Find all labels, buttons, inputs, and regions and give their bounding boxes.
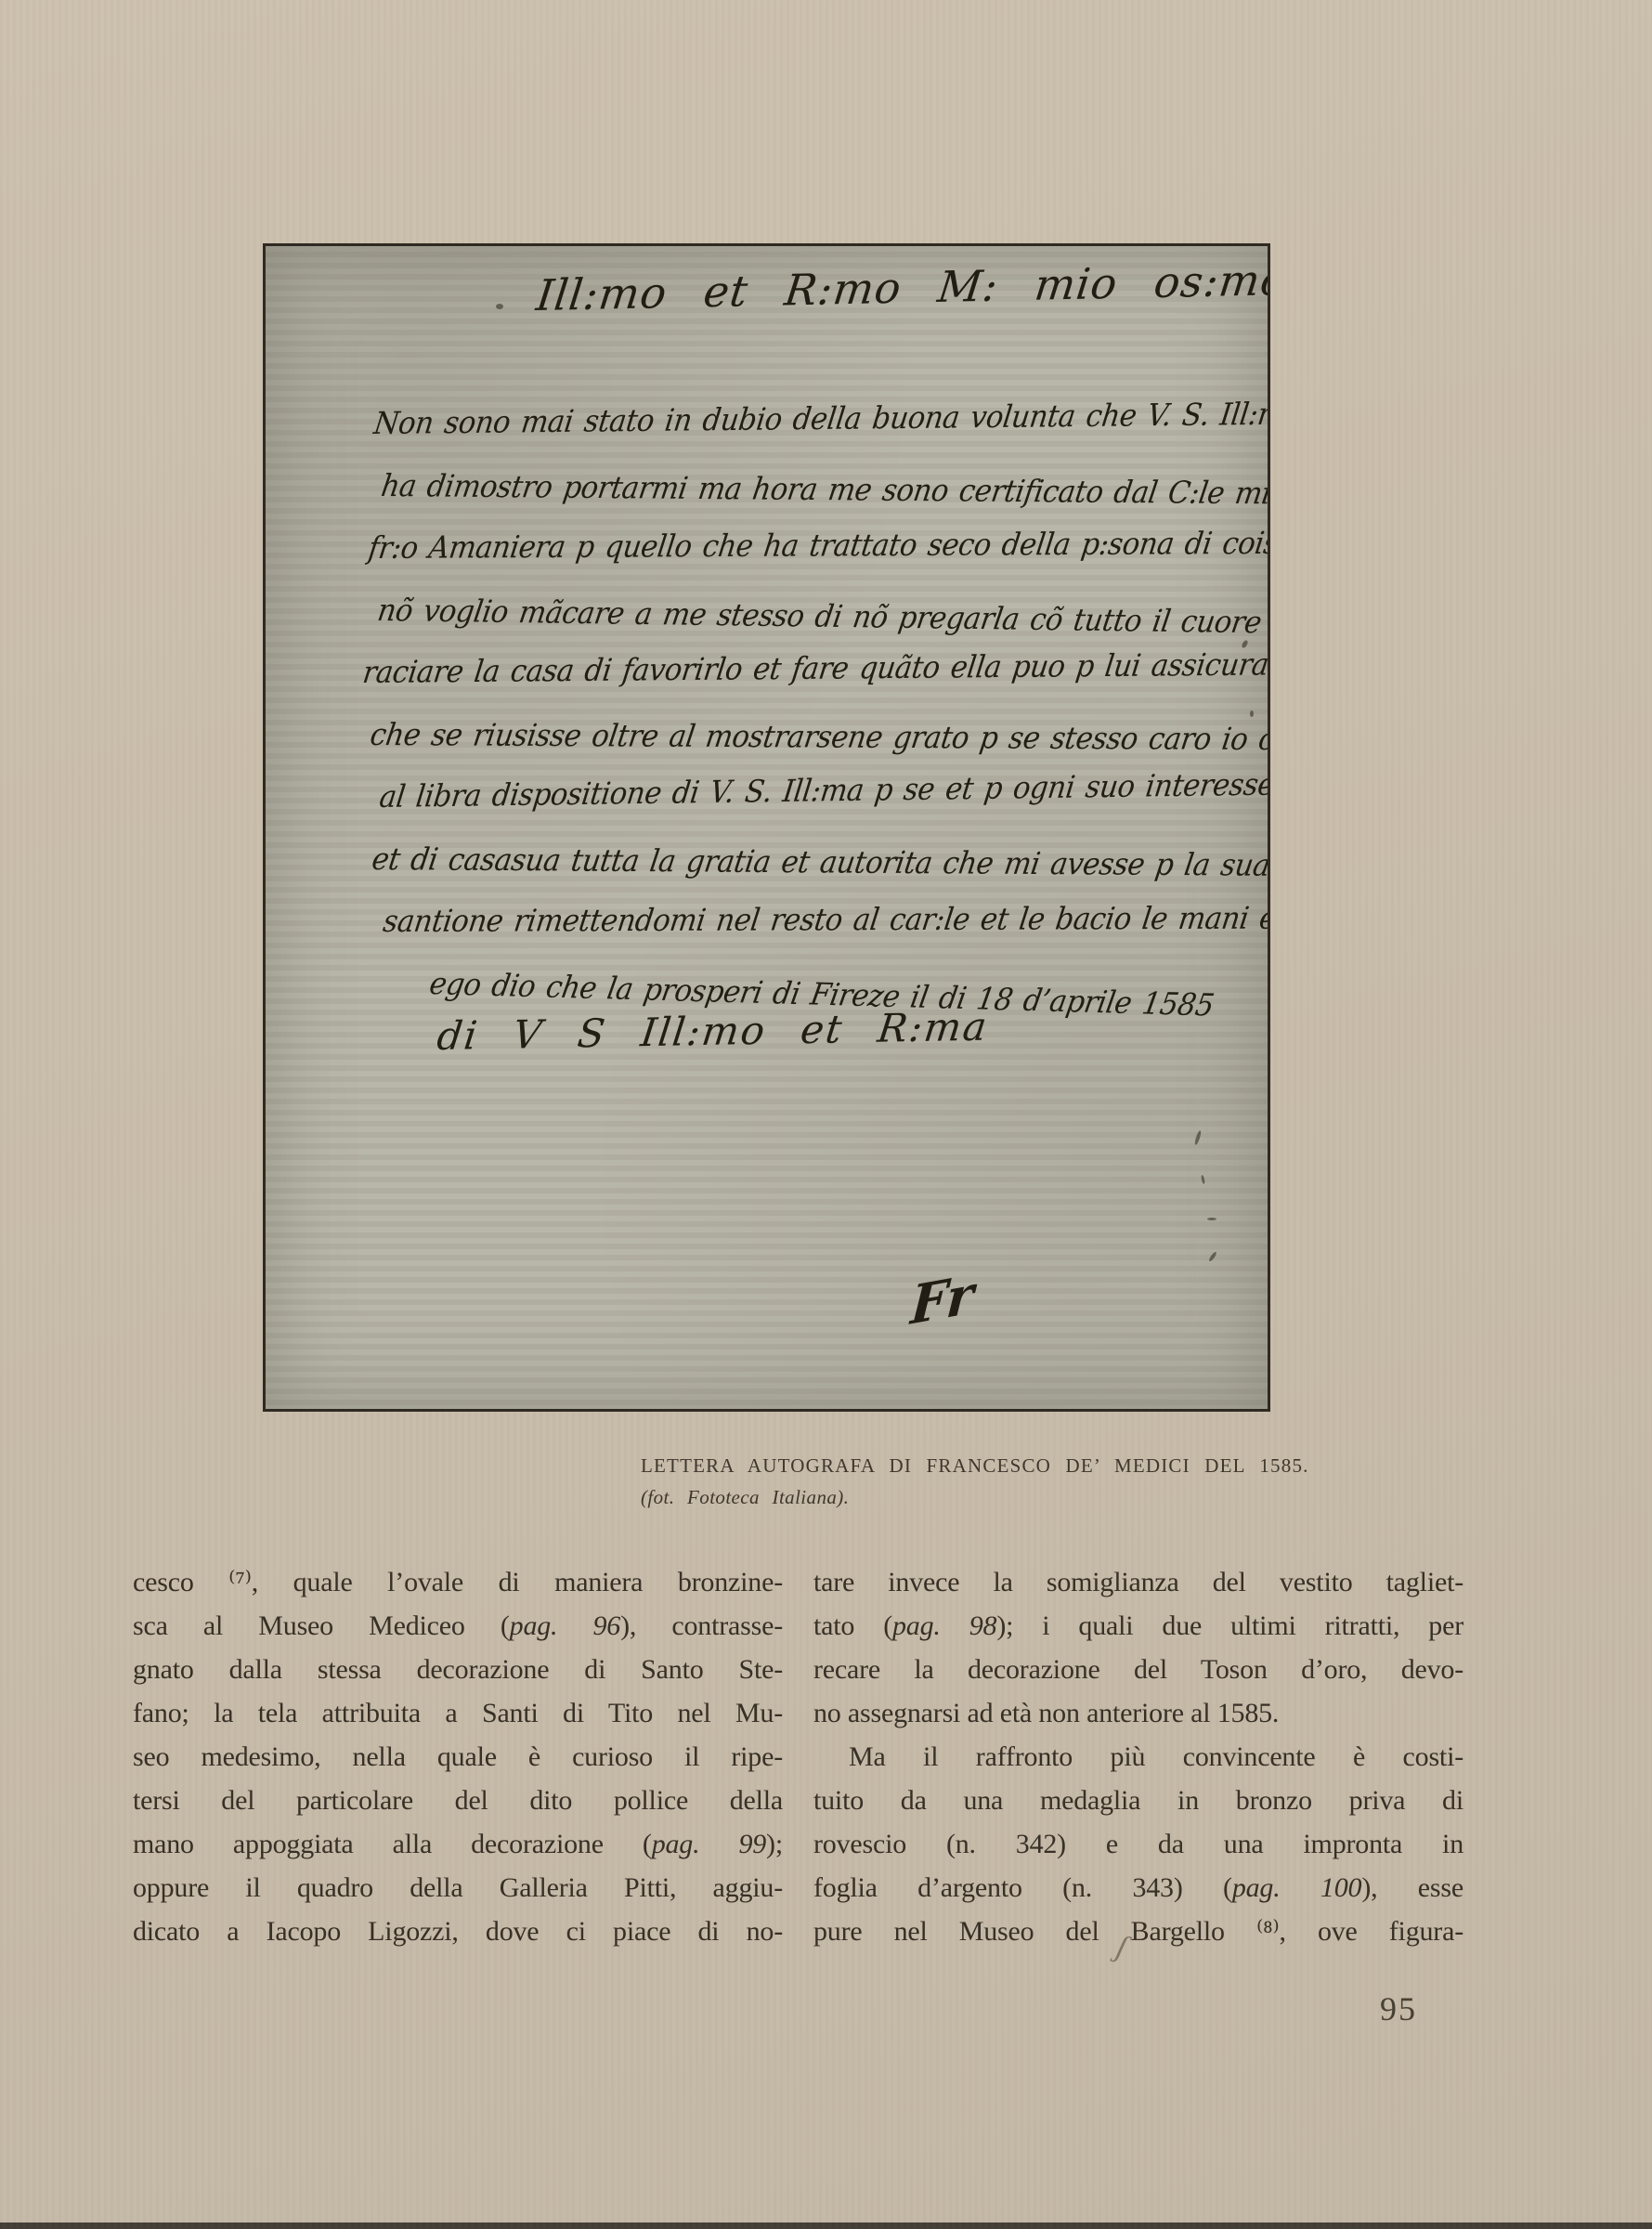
text-segment: cesco ⁽⁷⁾, quale l’ovale di maniera bron…	[133, 1567, 783, 1597]
text-segment: ), esse	[1361, 1872, 1463, 1903]
text-segment: seo medesimo, nella quale è curioso il r…	[133, 1741, 783, 1772]
text-segment: ); i quali due ultimi ritratti, per	[996, 1610, 1463, 1641]
letter-line: et di casasua tutta la gratia et autorit…	[370, 841, 1270, 883]
text-line: tuito da una medaglia in bronzo priva di	[813, 1779, 1463, 1822]
text-line: oppure il quadro della Galleria Pitti, a…	[133, 1866, 783, 1910]
italic-text: pag. 99	[652, 1829, 766, 1859]
text-line: rovescio (n. 342) e da una impronta in	[813, 1822, 1463, 1866]
text-segment: dicato a Iacopo Ligozzi, dove ci piace d…	[133, 1916, 783, 1947]
text-line: seo medesimo, nella quale è curioso il r…	[133, 1735, 783, 1779]
letter-photograph: Ill:mo et R:mo M: mio os:mo — Non sono m…	[263, 243, 1270, 1412]
text-line: tare invece la somiglianza del vestito t…	[813, 1560, 1463, 1604]
text-line: fano; la tela attribuita a Santi di Tito…	[133, 1691, 783, 1735]
letter-line: fr:o Amaniera p quello che ha trattato s…	[366, 525, 1270, 566]
text-segment: tuito da una medaglia in bronzo priva di	[813, 1785, 1463, 1816]
text-line: gnato dalla stessa decorazione di Santo …	[133, 1648, 783, 1691]
text-line: no assegnarsi ad età non anteriore al 15…	[813, 1691, 1463, 1735]
letter-closing: di V S Ill:mo et R:ma	[435, 1004, 991, 1059]
text-segment: tersi del particolare del dito pollice d…	[133, 1785, 783, 1816]
figure-caption: LETTERA AUTOGRAFA DI FRANCESCO DE’ MEDIC…	[641, 1454, 1309, 1509]
text-line: pure nel Museo del Bargello ⁽⁸⁾, ove fig…	[813, 1910, 1463, 1953]
text-segment: no assegnarsi ad età non anteriore al 15…	[813, 1698, 1279, 1728]
text-segment: Ma il raffronto più convincente è costi-	[849, 1741, 1463, 1772]
letter-signature: Fr	[909, 1263, 976, 1337]
text-segment: tare invece la somiglianza del vestito t…	[813, 1567, 1463, 1597]
text-line: Ma il raffronto più convincente è costi-	[813, 1735, 1463, 1779]
caption-title: LETTERA AUTOGRAFA DI FRANCESCO DE’ MEDIC…	[641, 1454, 1309, 1478]
text-segment: oppure il quadro della Galleria Pitti, a…	[133, 1872, 783, 1903]
text-line: foglia d’argento (n. 343) (pag. 100), es…	[813, 1866, 1463, 1910]
text-line: tersi del particolare del dito pollice d…	[133, 1779, 783, 1822]
text-segment: pure nel Museo del Bargello ⁽⁸⁾, ove fig…	[813, 1916, 1463, 1947]
text-segment: foglia d’argento (n. 343) (	[813, 1872, 1232, 1903]
text-segment: rovescio (n. 342) e da una impronta in	[813, 1829, 1463, 1859]
text-segment: tato (	[813, 1610, 892, 1641]
text-segment: sca al Museo Mediceo (	[133, 1610, 510, 1641]
text-line: mano appoggiata alla decorazione (pag. 9…	[133, 1822, 783, 1866]
text-line: dicato a Iacopo Ligozzi, dove ci piace d…	[133, 1910, 783, 1953]
right-column: tare invece la somiglianza del vestito t…	[813, 1560, 1463, 1953]
text-line: cesco ⁽⁷⁾, quale l’ovale di maniera bron…	[133, 1560, 783, 1604]
scan-edge	[0, 2222, 1652, 2229]
text-line: sca al Museo Mediceo (pag. 96), contrass…	[133, 1604, 783, 1648]
page-number: 95	[1380, 1989, 1417, 2028]
text-segment: recare la decorazione del Toson d’oro, d…	[813, 1654, 1463, 1685]
left-column: cesco ⁽⁷⁾, quale l’ovale di maniera bron…	[133, 1560, 783, 1953]
letter-line: santione rimettendomi nel resto al car:l…	[381, 899, 1270, 939]
text-line: tato (pag. 98); i quali due ultimi ritra…	[813, 1604, 1463, 1648]
italic-text: pag. 98	[892, 1610, 996, 1641]
book-page: Ill:mo et R:mo M: mio os:mo — Non sono m…	[0, 0, 1652, 2229]
text-segment: fano; la tela attribuita a Santi di Tito…	[133, 1698, 783, 1728]
caption-credit: (fot. Fototeca Italiana).	[641, 1486, 1309, 1509]
text-segment: ), contrasse-	[620, 1610, 783, 1641]
italic-text: pag. 100	[1232, 1872, 1362, 1903]
italic-text: pag. 96	[510, 1610, 620, 1641]
letter-line: che se riusisse oltre al mostrarsene gra…	[368, 716, 1270, 758]
text-segment: mano appoggiata alla decorazione (	[133, 1829, 652, 1859]
text-segment: gnato dalla stessa decorazione di Santo …	[133, 1654, 783, 1685]
text-segment: );	[766, 1829, 783, 1859]
text-line: recare la decorazione del Toson d’oro, d…	[813, 1648, 1463, 1691]
